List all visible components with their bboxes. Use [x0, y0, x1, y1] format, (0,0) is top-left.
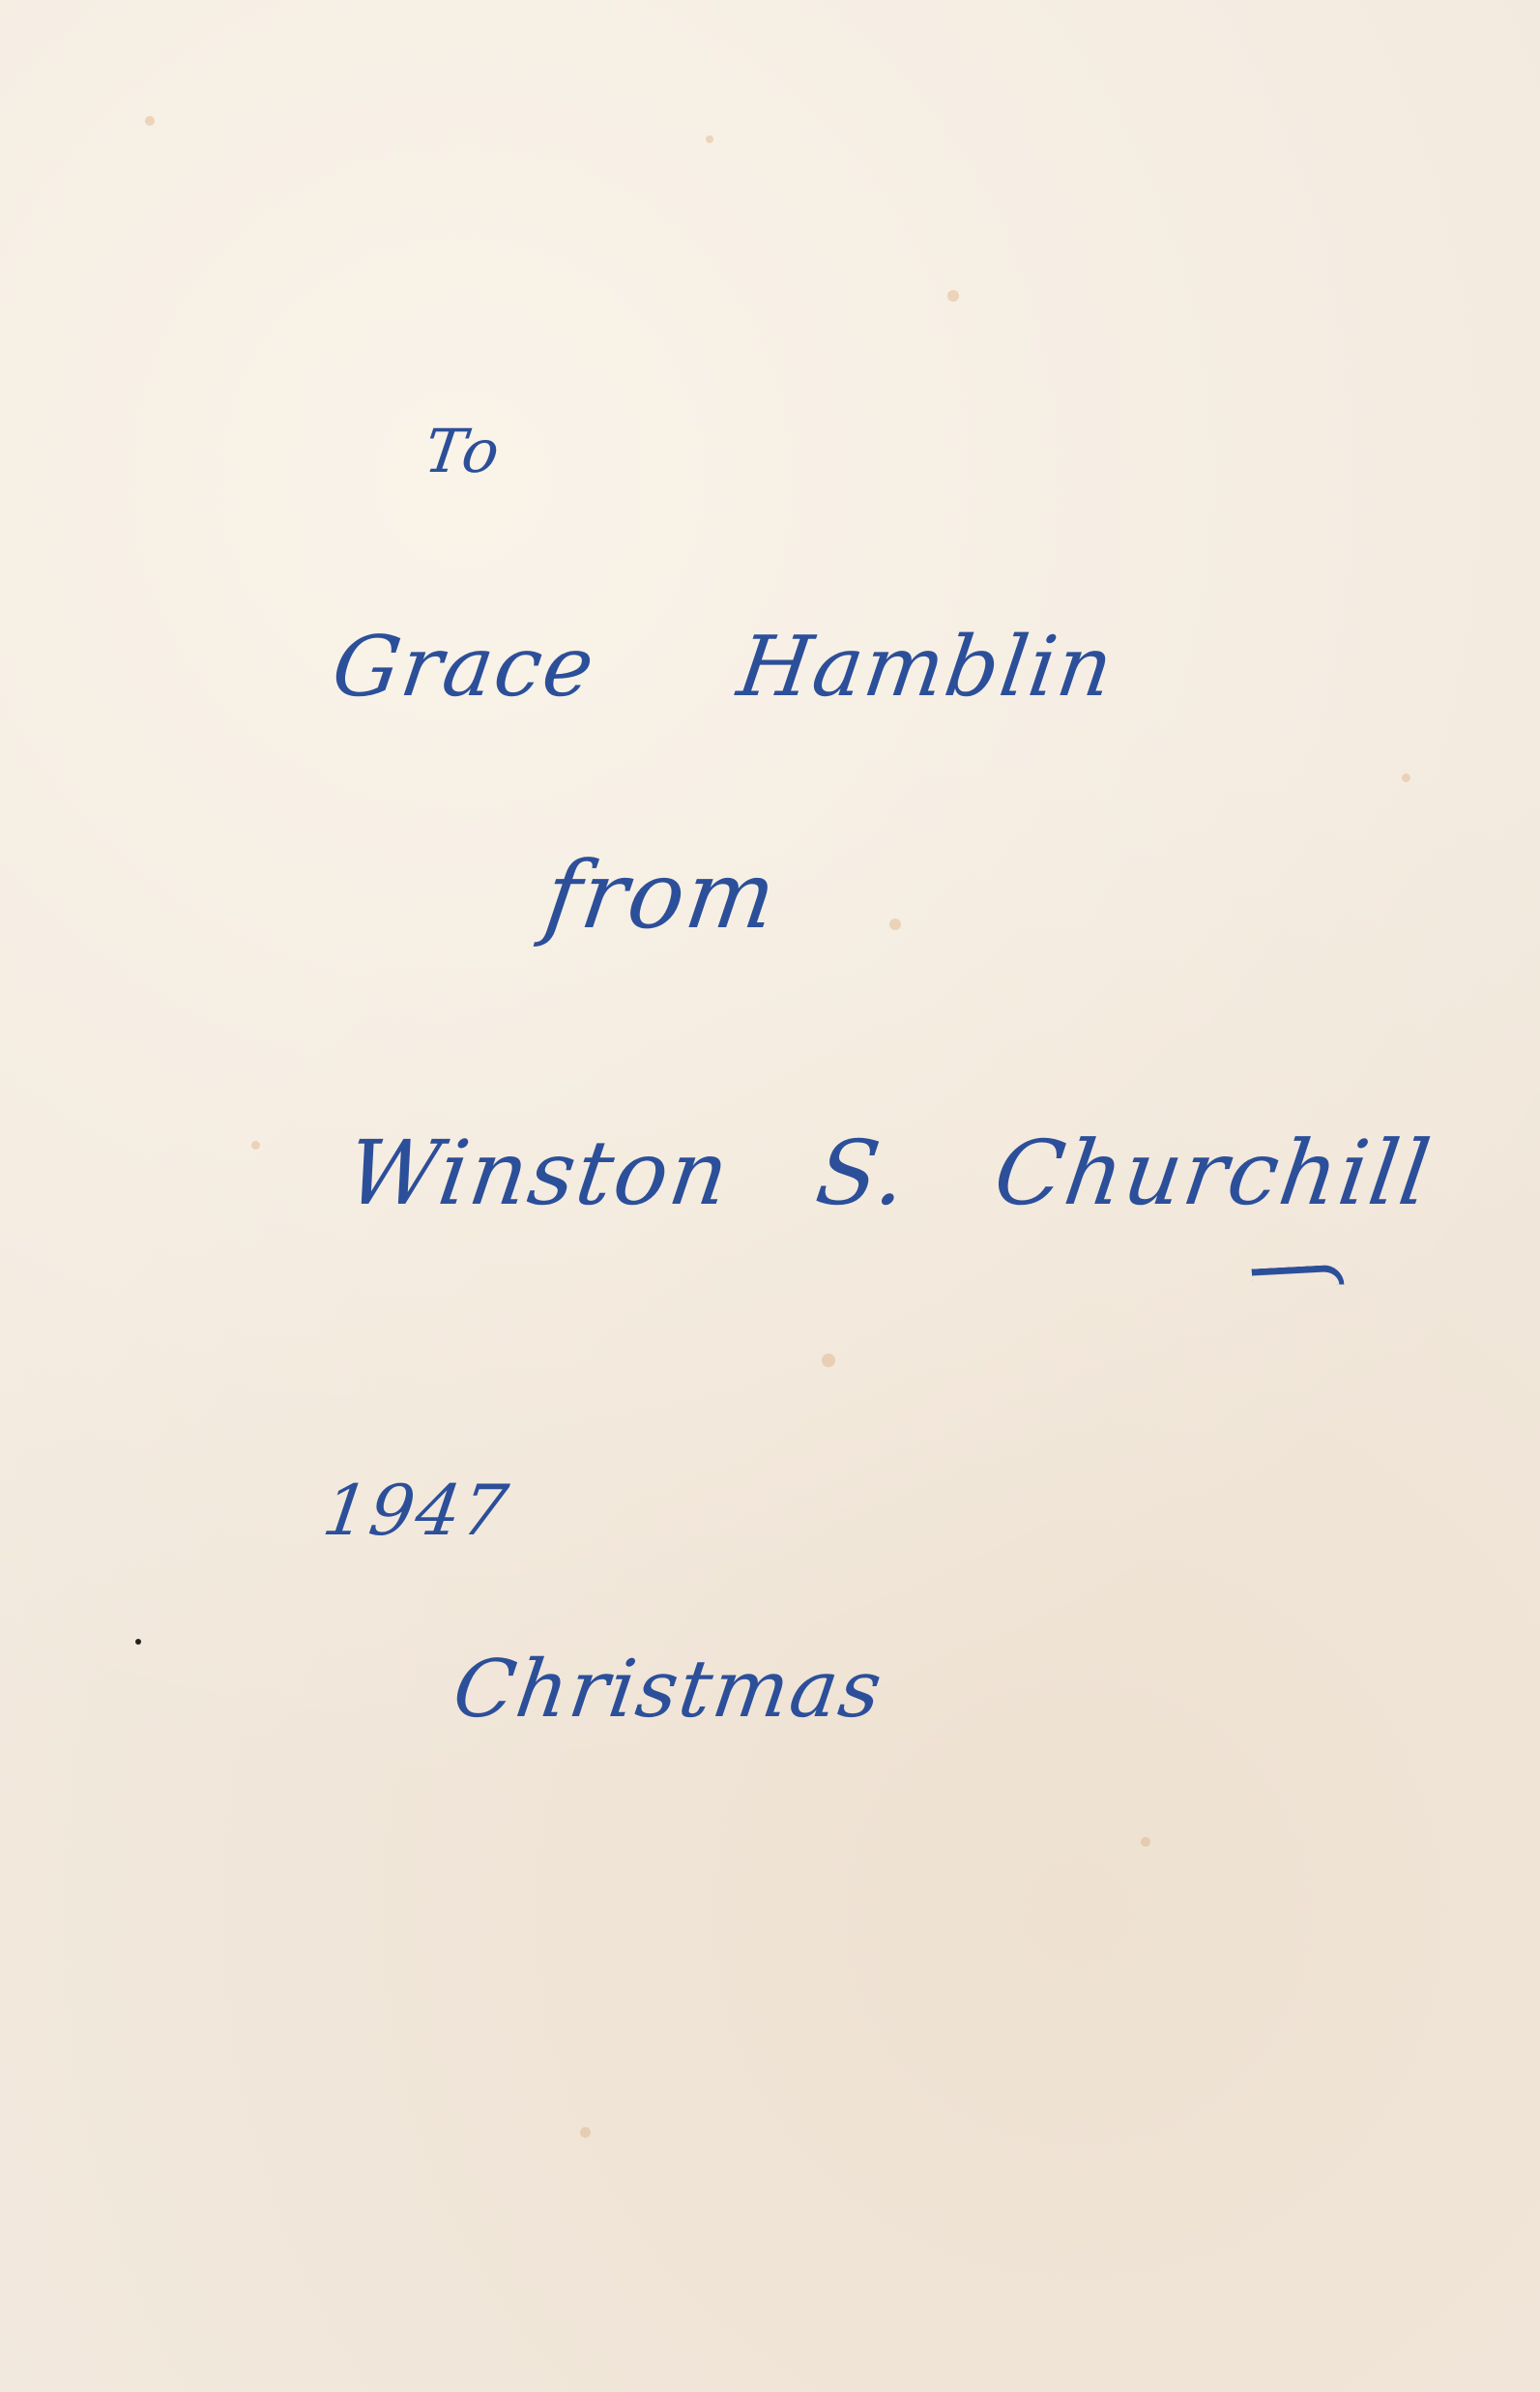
foxing-spot: [145, 116, 155, 126]
foxing-spot: [1141, 1837, 1150, 1847]
paper-page: To Grace Hamblin from Winston S. Churchi…: [0, 0, 1540, 2392]
foxing-spot: [889, 919, 901, 930]
foxing-spot: [1402, 773, 1410, 782]
signature: Winston S. Churchill: [340, 1122, 1438, 1225]
foxing-spot: [251, 1141, 260, 1150]
signature-flourish: [1252, 1265, 1345, 1290]
ink-speck: [135, 1639, 141, 1645]
foxing-spot: [947, 290, 959, 302]
inscription-from: from: [538, 841, 784, 949]
inscription-to: To: [421, 416, 506, 486]
inscription-recipient: Grace Hamblin: [327, 619, 1120, 715]
foxing-spot: [580, 2127, 591, 2138]
foxing-spot: [706, 135, 713, 143]
inscription-year: 1947: [318, 1470, 514, 1551]
inscription-occasion: Christmas: [448, 1644, 888, 1736]
foxing-spot: [822, 1354, 835, 1367]
